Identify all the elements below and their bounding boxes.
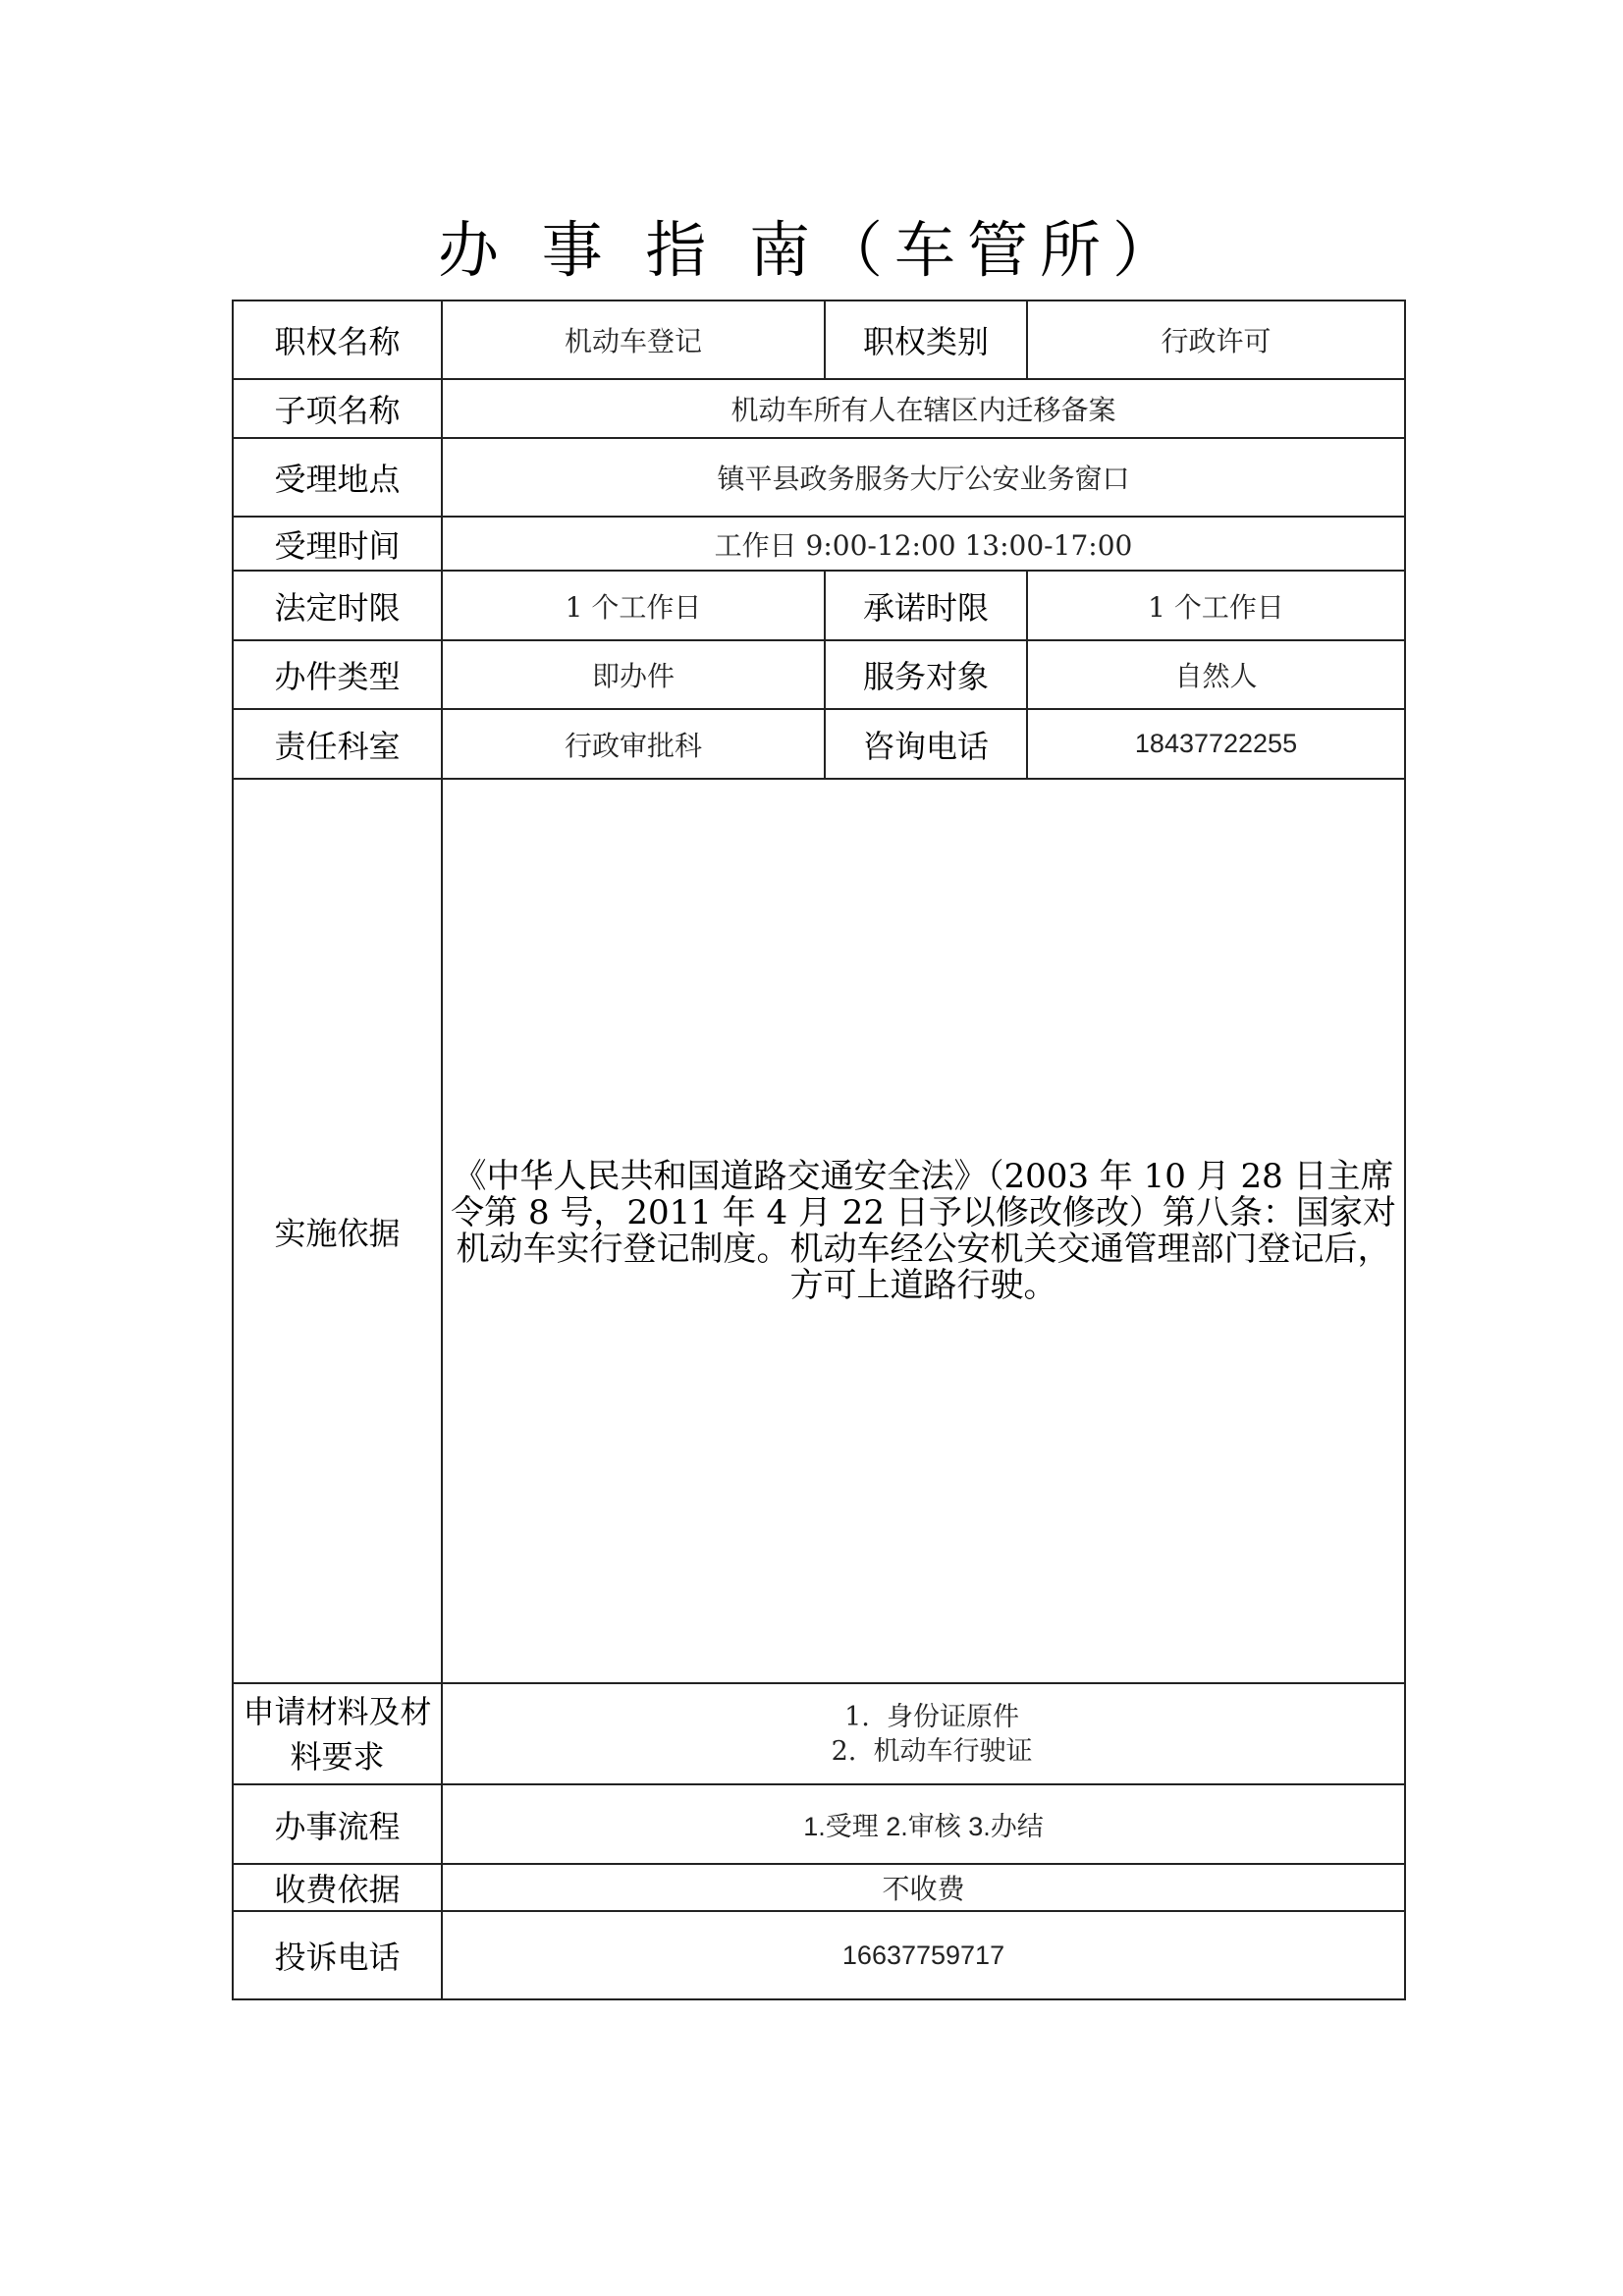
row-time-limits: 法定时限 1 个工作日 承诺时限 1 个工作日 <box>233 571 1405 640</box>
row-complaint: 投诉电话 16637759717 <box>233 1911 1405 1999</box>
row-sub-item: 子项名称 机动车所有人在辖区内迁移备案 <box>233 379 1405 438</box>
label-materials: 申请材料及材料要求 <box>233 1683 442 1784</box>
label-authority-type: 职权类别 <box>825 301 1027 379</box>
row-authority: 职权名称 机动车登记 职权类别 行政许可 <box>233 301 1405 379</box>
label-authority-name: 职权名称 <box>233 301 442 379</box>
label-case-type: 办件类型 <box>233 640 442 709</box>
value-department: 行政审批科 <box>442 709 825 779</box>
row-fee: 收费依据 不收费 <box>233 1864 1405 1911</box>
row-case-type: 办件类型 即办件 服务对象 自然人 <box>233 640 1405 709</box>
row-department: 责任科室 行政审批科 咨询电话 18437722255 <box>233 709 1405 779</box>
row-materials: 申请材料及材料要求 1.身份证原件 2.机动车行驶证 <box>233 1683 1405 1784</box>
row-basis: 实施依据 《中华人民共和国道路交通安全法》（2003 年 10 月 28 日主席… <box>233 779 1405 1683</box>
value-legal-limit: 1 个工作日 <box>442 571 825 640</box>
service-guide-table: 职权名称 机动车登记 职权类别 行政许可 子项名称 机动车所有人在辖区内迁移备案… <box>232 300 1406 2000</box>
value-hours: 工作日 9:00-12:00 13:00-17:00 <box>442 517 1405 571</box>
label-location: 受理地点 <box>233 438 442 517</box>
label-hours: 受理时间 <box>233 517 442 571</box>
label-legal-limit: 法定时限 <box>233 571 442 640</box>
row-location: 受理地点 镇平县政务服务大厅公安业务窗口 <box>233 438 1405 517</box>
value-basis: 《中华人民共和国道路交通安全法》（2003 年 10 月 28 日主席令第 8 … <box>442 779 1405 1683</box>
material-item: 1.身份证原件 <box>443 1700 1404 1734</box>
value-service-target: 自然人 <box>1027 640 1405 709</box>
value-fee: 不收费 <box>442 1864 1405 1911</box>
value-process: 1.受理 2.审核 3.办结 <box>442 1784 1405 1864</box>
value-promised-limit: 1 个工作日 <box>1027 571 1405 640</box>
value-consult-phone: 18437722255 <box>1027 709 1405 779</box>
label-sub-item: 子项名称 <box>233 379 442 438</box>
materials-list: 1.身份证原件 2.机动车行驶证 <box>442 1683 1405 1784</box>
row-process: 办事流程 1.受理 2.审核 3.办结 <box>233 1784 1405 1864</box>
label-consult-phone: 咨询电话 <box>825 709 1027 779</box>
label-fee: 收费依据 <box>233 1864 442 1911</box>
value-sub-item: 机动车所有人在辖区内迁移备案 <box>442 379 1405 438</box>
label-promised-limit: 承诺时限 <box>825 571 1027 640</box>
value-authority-type: 行政许可 <box>1027 301 1405 379</box>
page-title: 办 事 指 南（车管所） <box>0 201 1623 289</box>
value-case-type: 即办件 <box>442 640 825 709</box>
label-process: 办事流程 <box>233 1784 442 1864</box>
value-authority-name: 机动车登记 <box>442 301 825 379</box>
value-location: 镇平县政务服务大厅公安业务窗口 <box>442 438 1405 517</box>
label-basis: 实施依据 <box>233 779 442 1683</box>
row-hours: 受理时间 工作日 9:00-12:00 13:00-17:00 <box>233 517 1405 571</box>
material-item: 2.机动车行驶证 <box>443 1734 1404 1769</box>
label-service-target: 服务对象 <box>825 640 1027 709</box>
label-complaint-phone: 投诉电话 <box>233 1911 442 1999</box>
label-department: 责任科室 <box>233 709 442 779</box>
value-complaint-phone: 16637759717 <box>442 1911 1405 1999</box>
